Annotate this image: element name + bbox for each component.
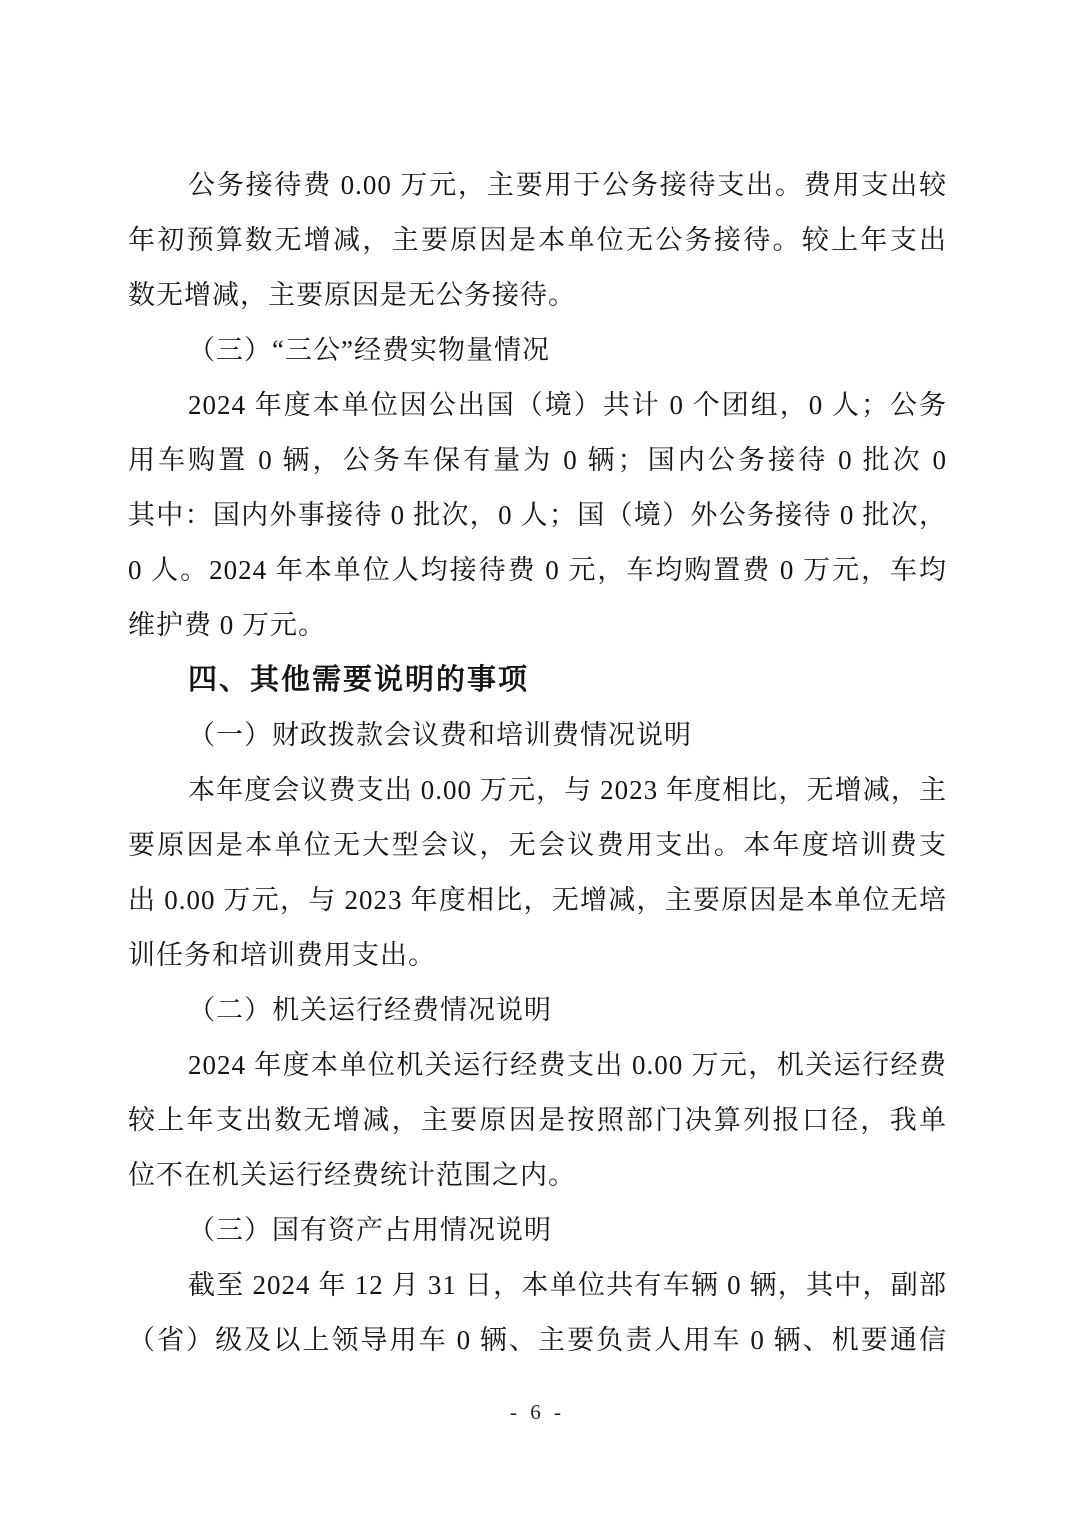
document-body: 公务接待费 0.00 万元，主要用于公务接待支出。费用支出较 年初预算数无增减，… [128,158,947,1368]
body-line: 0 人。2024 年本单位人均接待费 0 元，车均购置费 0 万元，车均 [128,543,947,598]
body-line: （省）级及以上领导用车 0 辆、主要负责人用车 0 辆、机要通信 [128,1313,947,1368]
body-line: 截至 2024 年 12 月 31 日，本单位共有车辆 0 辆，其中，副部 [128,1258,947,1313]
body-line: 用车购置 0 辆，公务车保有量为 0 辆；国内公务接待 0 批次 0 人， [128,433,947,488]
body-line: 年初预算数无增减，主要原因是本单位无公务接待。较上年支出 [128,213,947,268]
body-line: 要原因是本单位无大型会议，无会议费用支出。本年度培训费支 [128,818,947,873]
body-line: 2024 年度本单位因公出国（境）共计 0 个团组，0 人；公务 [128,378,947,433]
subsection-heading: （三）国有资产占用情况说明 [128,1203,947,1258]
body-line: 其中：国内外事接待 0 批次，0 人；国（境）外公务接待 0 批次， [128,488,947,543]
body-line: 2024 年度本单位机关运行经费支出 0.00 万元，机关运行经费 [128,1038,947,1093]
body-line: 本年度会议费支出 0.00 万元，与 2023 年度相比，无增减，主 [128,763,947,818]
subsection-heading: （三）“三公”经费实物量情况 [128,323,947,378]
body-line: 出 0.00 万元，与 2023 年度相比，无增减，主要原因是本单位无培 [128,873,947,928]
page-number: - 6 - [0,1400,1075,1425]
subsection-heading: （二）机关运行经费情况说明 [128,983,947,1038]
body-line: 位不在机关运行经费统计范围之内。 [128,1148,947,1203]
body-line: 训任务和培训费用支出。 [128,928,947,983]
body-line: 数无增减，主要原因是无公务接待。 [128,268,947,323]
body-line: 较上年支出数无增减，主要原因是按照部门决算列报口径，我单 [128,1093,947,1148]
section-heading: 四、其他需要说明的事项 [128,653,947,708]
document-page: 公务接待费 0.00 万元，主要用于公务接待支出。费用支出较 年初预算数无增减，… [0,0,1075,1520]
subsection-heading: （一）财政拨款会议费和培训费情况说明 [128,708,947,763]
body-line: 维护费 0 万元。 [128,598,947,653]
body-line: 公务接待费 0.00 万元，主要用于公务接待支出。费用支出较 [128,158,947,213]
